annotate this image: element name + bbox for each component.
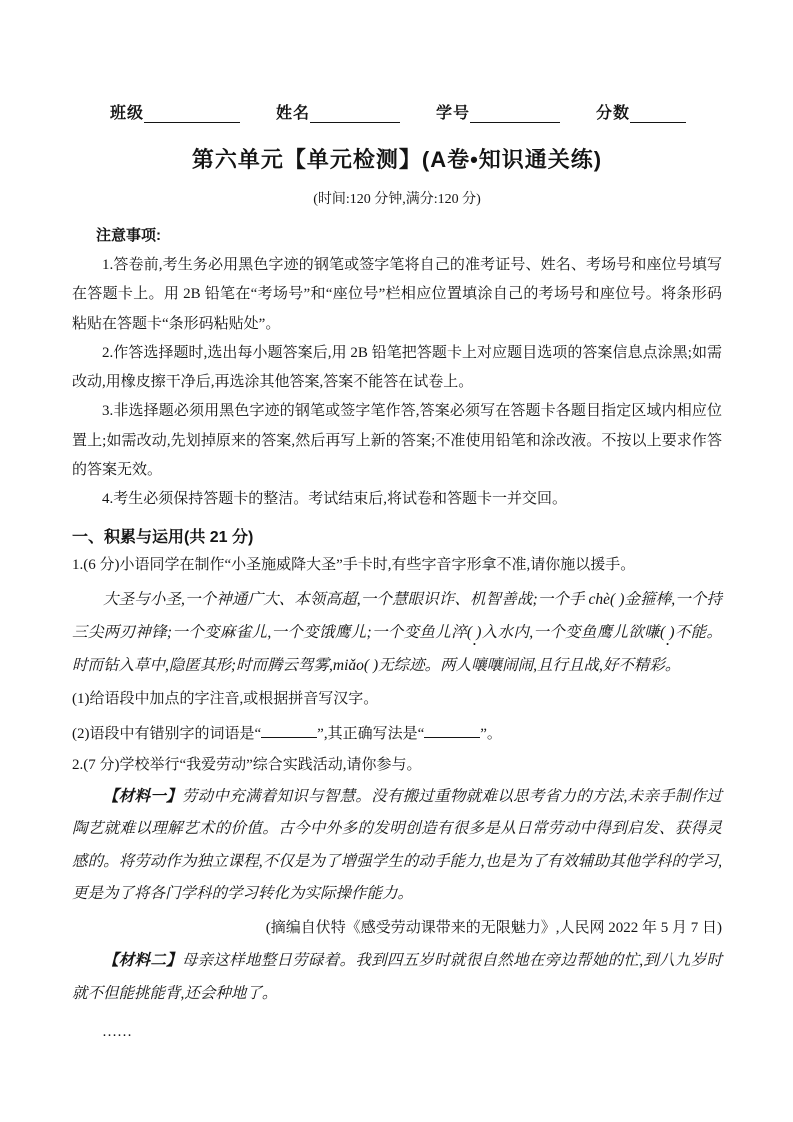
passage-dotted-char-2: 嗛	[644, 624, 660, 641]
field-score: 分数	[596, 100, 686, 123]
question-1-sub-2: (2)语段中有错别字的词语是“”,其正确写法是“”。	[72, 717, 722, 752]
material-1: 【材料一】劳动中充满着知识与智慧。没有搬过重物就难以思考省力的方法,未亲手制作过…	[72, 781, 722, 911]
field-name-blank	[310, 106, 400, 124]
notice-item-3: 3.非选择题必须用黑色字迹的钢笔或签字笔作答,答案必须写在答题卡各题目指定区域内…	[72, 397, 722, 485]
material-2: 【材料二】母亲这样地整日劳碌着。我到四五岁时就很自然地在旁边帮她的忙,到八九岁时…	[72, 945, 722, 1010]
sub2-text-2: ”,其正确写法是“	[317, 726, 424, 742]
field-student-id: 学号	[436, 100, 560, 123]
question-1-sub-1: (1)给语段中加点的字注音,或根据拼音写汉字。	[72, 682, 722, 717]
notice-item-2: 2.作答选择题时,选出每小题答案后,用 2B 铅笔把答题卡上对应题目选项的答案信…	[72, 339, 722, 398]
field-student-id-blank	[470, 106, 560, 124]
field-class-label: 班级	[110, 100, 144, 123]
field-name-label: 姓名	[276, 100, 310, 123]
materials-ellipsis: ……	[72, 1016, 722, 1049]
notice-item-1: 1.答卷前,考生务必用黑色字迹的钢笔或签字笔将自己的准考证号、姓名、考场号和座位…	[72, 251, 722, 339]
passage-dotted-char-1: 淬	[451, 624, 467, 641]
exam-paper-page: 班级 姓名 学号 分数 第六单元【单元检测】(A卷•知识通关练) (时间:120…	[0, 0, 793, 1122]
field-class: 班级	[110, 100, 240, 123]
material-1-attribution: (摘编自伏特《感受劳动课带来的无限魅力》,人民网 2022 年 5 月 7 日)	[72, 911, 722, 946]
question-2-stem: 2.(7 分)学校举行“我爱劳动”综合实践活动,请你参与。	[72, 751, 722, 780]
sub2-text-3: ”。	[480, 726, 502, 742]
sub2-text-1: (2)语段中有错别字的词语是“	[72, 726, 261, 742]
notice-item-4: 4.考生必须保持答题卡的整洁。考试结束后,将试卷和答题卡一并交回。	[72, 485, 722, 514]
sub2-answer-blank-1	[261, 722, 317, 738]
material-2-label: 【材料二】	[103, 952, 182, 969]
field-class-blank	[144, 106, 240, 124]
student-info-row: 班级 姓名 学号 分数	[72, 100, 722, 123]
section-1-heading: 一、积累与运用(共 21 分)	[72, 524, 722, 547]
field-name: 姓名	[276, 100, 400, 123]
field-score-label: 分数	[596, 100, 630, 123]
paper-title: 第六单元【单元检测】(A卷•知识通关练)	[72, 143, 722, 174]
sub2-answer-blank-2	[424, 722, 480, 738]
question-1-passage: 大圣与小圣,一个神通广大、本领高超,一个慧眼识诈、机智善战;一个手 chè( )…	[72, 583, 722, 683]
notice-heading: 注意事项:	[72, 224, 722, 245]
paper-subtitle: (时间:120 分钟,满分:120 分)	[72, 188, 722, 208]
material-1-label: 【材料一】	[103, 788, 182, 805]
passage-seg-2: ( )入水内,一个变鱼鹰儿欲	[467, 624, 644, 641]
field-student-id-label: 学号	[436, 100, 470, 123]
field-score-blank	[630, 106, 686, 124]
question-1-stem: 1.(6 分)小语同学在制作“小圣施威降大圣”手卡时,有些字音字形拿不准,请你施…	[72, 551, 722, 580]
